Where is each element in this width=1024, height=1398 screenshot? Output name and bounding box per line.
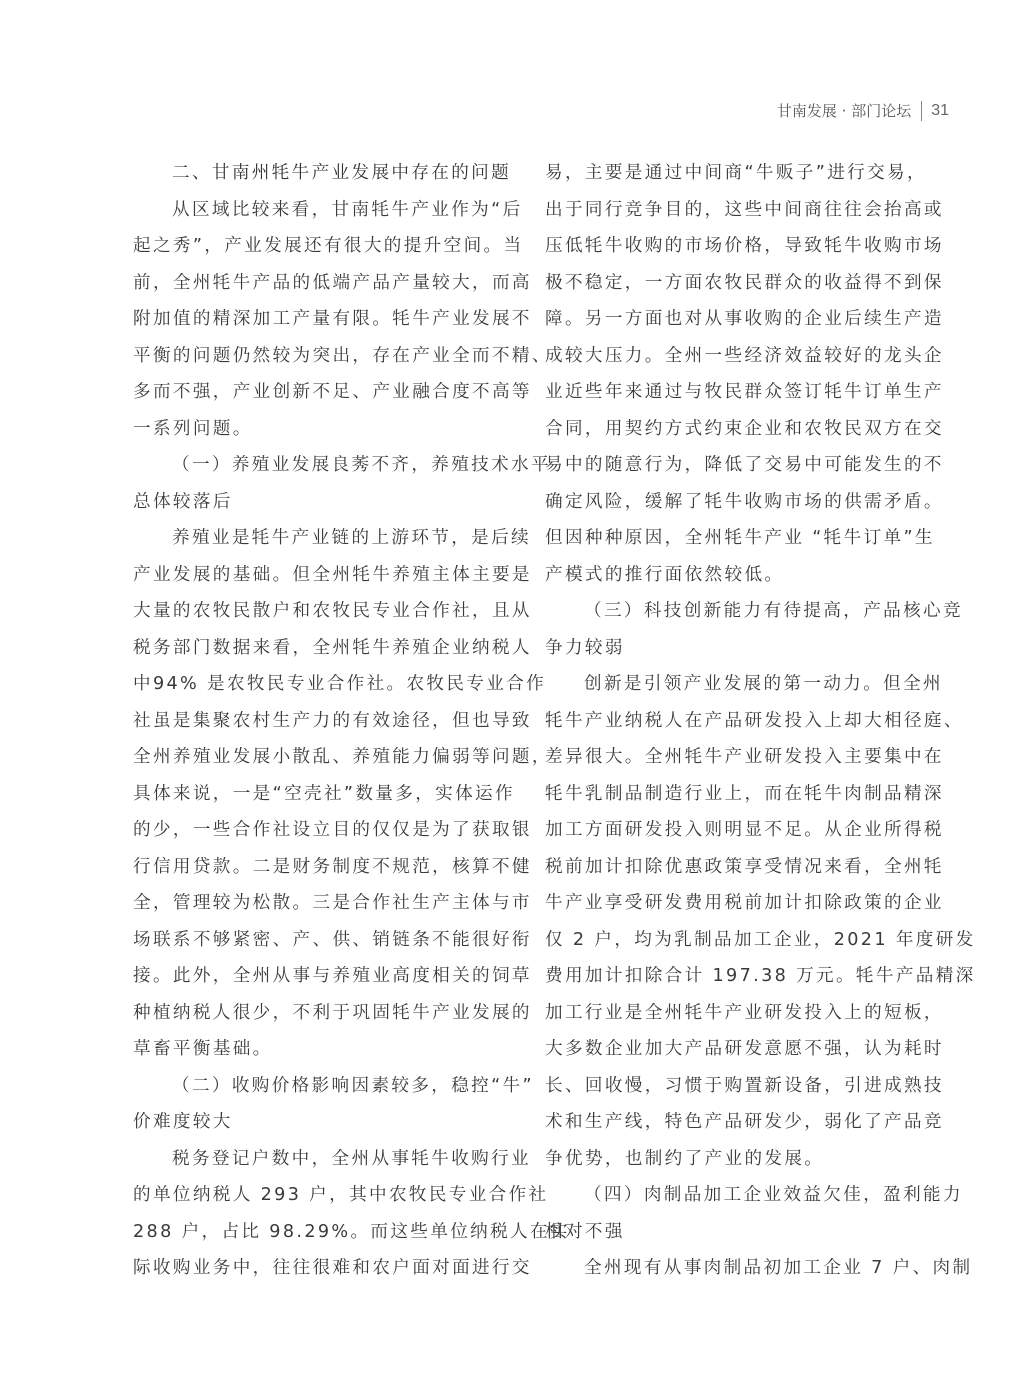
body-text-line: 极不稳定，一方面农牧民群众的收益得不到保 [545, 265, 925, 302]
body-text-line: 288 户，占比 98.29%。而这些单位纳税人在实 [133, 1214, 513, 1251]
body-text-line: 际收购业务中，往往很难和农户面对面进行交 [133, 1250, 513, 1287]
subsection-heading-line: （一）养殖业发展良莠不齐，养殖技术水平 [133, 447, 513, 484]
subsection-heading-line: 争力较弱 [545, 630, 925, 667]
body-text-line: 大多数企业加大产品研发意愿不强，认为耗时 [545, 1031, 925, 1068]
body-text-line: 仅 2 户，均为乳制品加工企业，2021 年度研发 [545, 922, 925, 959]
body-text-line: 具体来说，一是“空壳社”数量多，实体运作 [133, 776, 513, 813]
body-text-line: 全，管理较为松散。三是合作社生产主体与市 [133, 885, 513, 922]
body-text-line: 产业发展的基础。但全州牦牛养殖主体主要是 [133, 557, 513, 594]
body-text-line: 前，全州牦牛产品的低端产品产量较大，而高 [133, 265, 513, 302]
body-text-line: 出于同行竞争目的，这些中间商往往会抬高或 [545, 192, 925, 229]
body-text-line: 争优势，也制约了产业的发展。 [545, 1141, 925, 1178]
body-text-line: 但因种种原因，全州牦牛产业 “牦牛订单”生 [545, 520, 925, 557]
body-text-line: 税务登记户数中，全州从事牦牛收购行业 [133, 1141, 513, 1178]
body-text-line: 行信用贷款。二是财务制度不规范，核算不健 [133, 849, 513, 886]
body-text-line: 社虽是集聚农村生产力的有效途径，但也导致 [133, 703, 513, 740]
body-text-line: 确定风险，缓解了牦牛收购市场的供需矛盾。 [545, 484, 925, 521]
body-text-line: 中94% 是农牧民专业合作社。农牧民专业合作 [133, 666, 513, 703]
body-text-line: 压低牦牛收购的市场价格，导致牦牛收购市场 [545, 228, 925, 265]
subsection-heading-line: 价难度较大 [133, 1104, 513, 1141]
body-text-line: 易中的随意行为，降低了交易中可能发生的不 [545, 447, 925, 484]
body-text-line: 易，主要是通过中间商“牛贩子”进行交易， [545, 155, 925, 192]
body-text-line: 大量的农牧民散户和农牧民专业合作社，且从 [133, 593, 513, 630]
body-text-line: 成较大压力。全州一些经济效益较好的龙头企 [545, 338, 925, 375]
header-divider [921, 101, 922, 121]
body-text-line: 牦牛乳制品制造行业上，而在牦牛肉制品精深 [545, 776, 925, 813]
body-text-line: 税前加计扣除优惠政策享受情况来看，全州牦 [545, 849, 925, 886]
body-text-line: 从区域比较来看，甘南牦牛产业作为“后 [133, 192, 513, 229]
body-text-line: 接。此外，全州从事与养殖业高度相关的饲草 [133, 958, 513, 995]
body-text-line: 术和生产线，特色产品研发少，弱化了产品竞 [545, 1104, 925, 1141]
body-text-line: 多而不强，产业创新不足、产业融合度不高等 [133, 374, 513, 411]
section-heading-line: 二、甘南州牦牛产业发展中存在的问题 [133, 155, 513, 192]
body-text-line: 起之秀”，产业发展还有很大的提升空间。当 [133, 228, 513, 265]
subsection-heading-line: （三）科技创新能力有待提高，产品核心竞 [545, 593, 925, 630]
body-text-line: 附加值的精深加工产量有限。牦牛产业发展不 [133, 301, 513, 338]
left-text-column: 二、甘南州牦牛产业发展中存在的问题从区域比较来看，甘南牦牛产业作为“后起之秀”，… [133, 155, 513, 1287]
subsection-heading-line: （二）收购价格影响因素较多，稳控“牛” [133, 1068, 513, 1105]
body-text-line: 创新是引领产业发展的第一动力。但全州 [545, 666, 925, 703]
body-text-line: 平衡的问题仍然较为突出，存在产业全而不精、 [133, 338, 513, 375]
body-text-line: 全州养殖业发展小散乱、养殖能力偏弱等问题， [133, 739, 513, 776]
journal-section-title: 甘南发展 · 部门论坛 [777, 100, 911, 121]
running-header: 甘南发展 · 部门论坛 31 [777, 100, 949, 121]
body-text-line: 加工行业是全州牦牛产业研发投入上的短板， [545, 995, 925, 1032]
body-text-line: 牛产业享受研发费用税前加计扣除政策的企业 [545, 885, 925, 922]
body-text-line: 一系列问题。 [133, 411, 513, 448]
body-text-line: 种植纳税人很少，不利于巩固牦牛产业发展的 [133, 995, 513, 1032]
right-text-column: 易，主要是通过中间商“牛贩子”进行交易，出于同行竞争目的，这些中间商往往会抬高或… [545, 155, 925, 1287]
body-text-line: 障。另一方面也对从事收购的企业后续生产造 [545, 301, 925, 338]
body-text-line: 税务部门数据来看，全州牦牛养殖企业纳税人 [133, 630, 513, 667]
subsection-heading-line: 总体较落后 [133, 484, 513, 521]
subsection-heading-line: 相对不强 [545, 1214, 925, 1251]
body-text-line: 合同，用契约方式约束企业和农牧民双方在交 [545, 411, 925, 448]
body-text-line: 全州现有从事肉制品初加工企业 7 户、肉制 [545, 1250, 925, 1287]
subsection-heading-line: （四）肉制品加工企业效益欠佳，盈利能力 [545, 1177, 925, 1214]
body-text-line: 业近些年来通过与牧民群众签订牦牛订单生产 [545, 374, 925, 411]
body-text-line: 牦牛产业纳税人在产品研发投入上却大相径庭、 [545, 703, 925, 740]
body-text-line: 的少，一些合作社设立目的仅仅是为了获取银 [133, 812, 513, 849]
body-text-line: 长、回收慢，习惯于购置新设备，引进成熟技 [545, 1068, 925, 1105]
page-number: 31 [931, 102, 949, 120]
body-text-line: 草畜平衡基础。 [133, 1031, 513, 1068]
body-text-line: 养殖业是牦牛产业链的上游环节，是后续 [133, 520, 513, 557]
body-text-line: 场联系不够紧密、产、供、销链条不能很好衔 [133, 922, 513, 959]
body-text-line: 的单位纳税人 293 户，其中农牧民专业合作社 [133, 1177, 513, 1214]
body-text-line: 费用加计扣除合计 197.38 万元。牦牛产品精深 [545, 958, 925, 995]
body-text-line: 差异很大。全州牦牛产业研发投入主要集中在 [545, 739, 925, 776]
body-text-line: 产模式的推行面依然较低。 [545, 557, 925, 594]
body-text-line: 加工方面研发投入则明显不足。从企业所得税 [545, 812, 925, 849]
